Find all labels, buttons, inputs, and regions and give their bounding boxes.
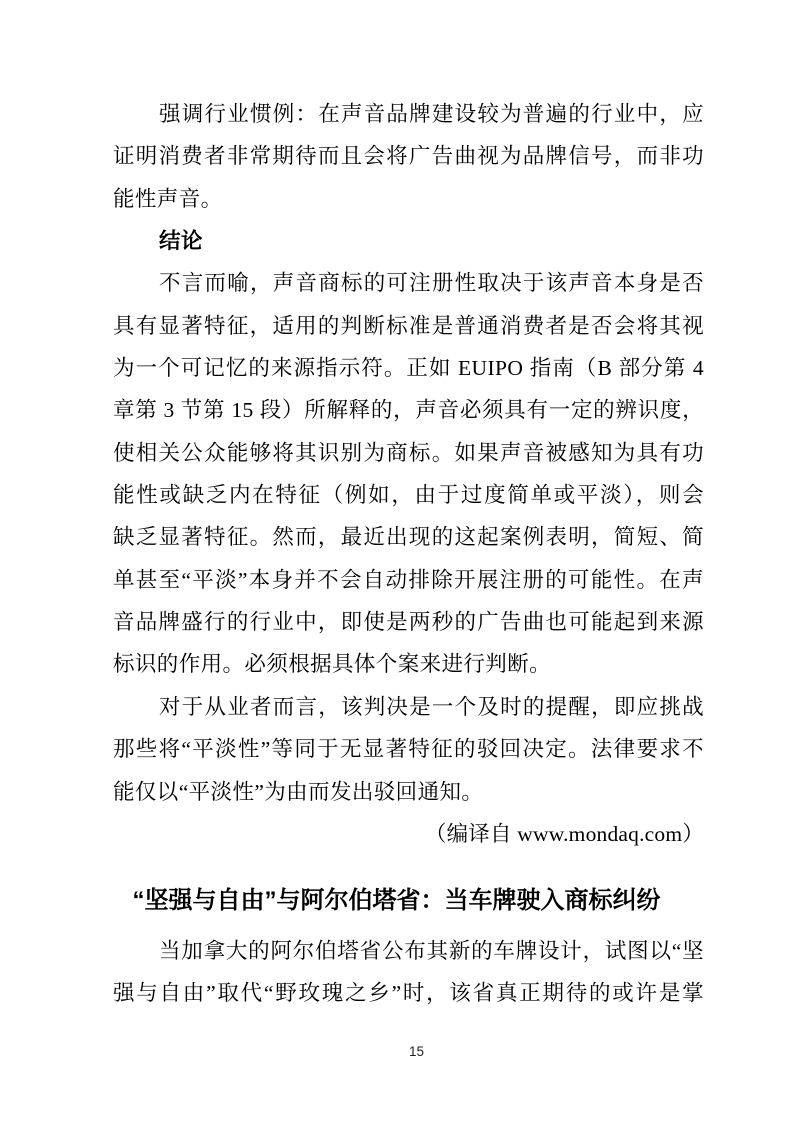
page-number: 15 [20, 1044, 793, 1059]
text-line: 强与自由”取代“野玫瑰之乡”时，该省真正期待的或许是掌 [113, 972, 704, 1014]
text-line: 标识的作用。必须根据具体个案来进行判断。 [113, 643, 704, 685]
text-line: 能性声音。 [113, 178, 704, 220]
text-line: 强调行业惯例：在声音品牌建设较为普遍的行业中，应 [113, 93, 704, 135]
text-line: 能仅以“平淡性”为由而发出驳回通知。 [113, 771, 704, 813]
source-credit-line: （编译自 www.mondaq.com） [113, 813, 704, 855]
next-article-body: 当加拿大的阿尔伯塔省公布其新的车牌设计，试图以“坚 强与自由”取代“野玫瑰之乡”… [113, 930, 704, 1015]
text-line: 证明消费者非常期待而且会将广告曲视为品牌信号，而非功 [113, 135, 704, 177]
article-body: 强调行业惯例：在声音品牌建设较为普遍的行业中，应 证明消费者非常期待而且会将广告… [113, 93, 704, 855]
text-line: 单甚至“平淡”本身并不会自动排除开展注册的可能性。在声 [113, 559, 704, 601]
text-line: 为一个可记忆的来源指示符。正如 EUIPO 指南（B 部分第 4 [113, 347, 704, 389]
text-line: 能性或缺乏内在特征（例如，由于过度简单或平淡），则会 [113, 474, 704, 516]
subheading-conclusion: 结论 [113, 220, 704, 262]
text-line: 章第 3 节第 15 段）所解释的，声音必须具有一定的辨识度， [113, 389, 704, 431]
text-line: 那些将“平淡性”等同于无显著特征的驳回决定。法律要求不 [113, 728, 704, 770]
text-line: 具有显著特征，适用的判断标准是普通消费者是否会将其视 [113, 305, 704, 347]
text-line: 当加拿大的阿尔伯塔省公布其新的车牌设计，试图以“坚 [113, 930, 704, 972]
text-line: 不言而喻，声音商标的可注册性取决于该声音本身是否 [113, 262, 704, 304]
text-line: 音品牌盛行的行业中，即使是两秒的广告曲也可能起到来源 [113, 601, 704, 643]
section-heading: “坚强与自由”与阿尔伯塔省：当车牌驶入商标纠纷 [85, 877, 708, 925]
text-line: 缺乏显著特征。然而，最近出现的这起案例表明，简短、简 [113, 516, 704, 558]
text-line: 对于从业者而言，该判决是一个及时的提醒，即应挑战 [113, 686, 704, 728]
text-line: 使相关公众能够将其识别为商标。如果声音被感知为具有功 [113, 432, 704, 474]
document-page: 强调行业惯例：在声音品牌建设较为普遍的行业中，应 证明消费者非常期待而且会将广告… [0, 0, 793, 1122]
